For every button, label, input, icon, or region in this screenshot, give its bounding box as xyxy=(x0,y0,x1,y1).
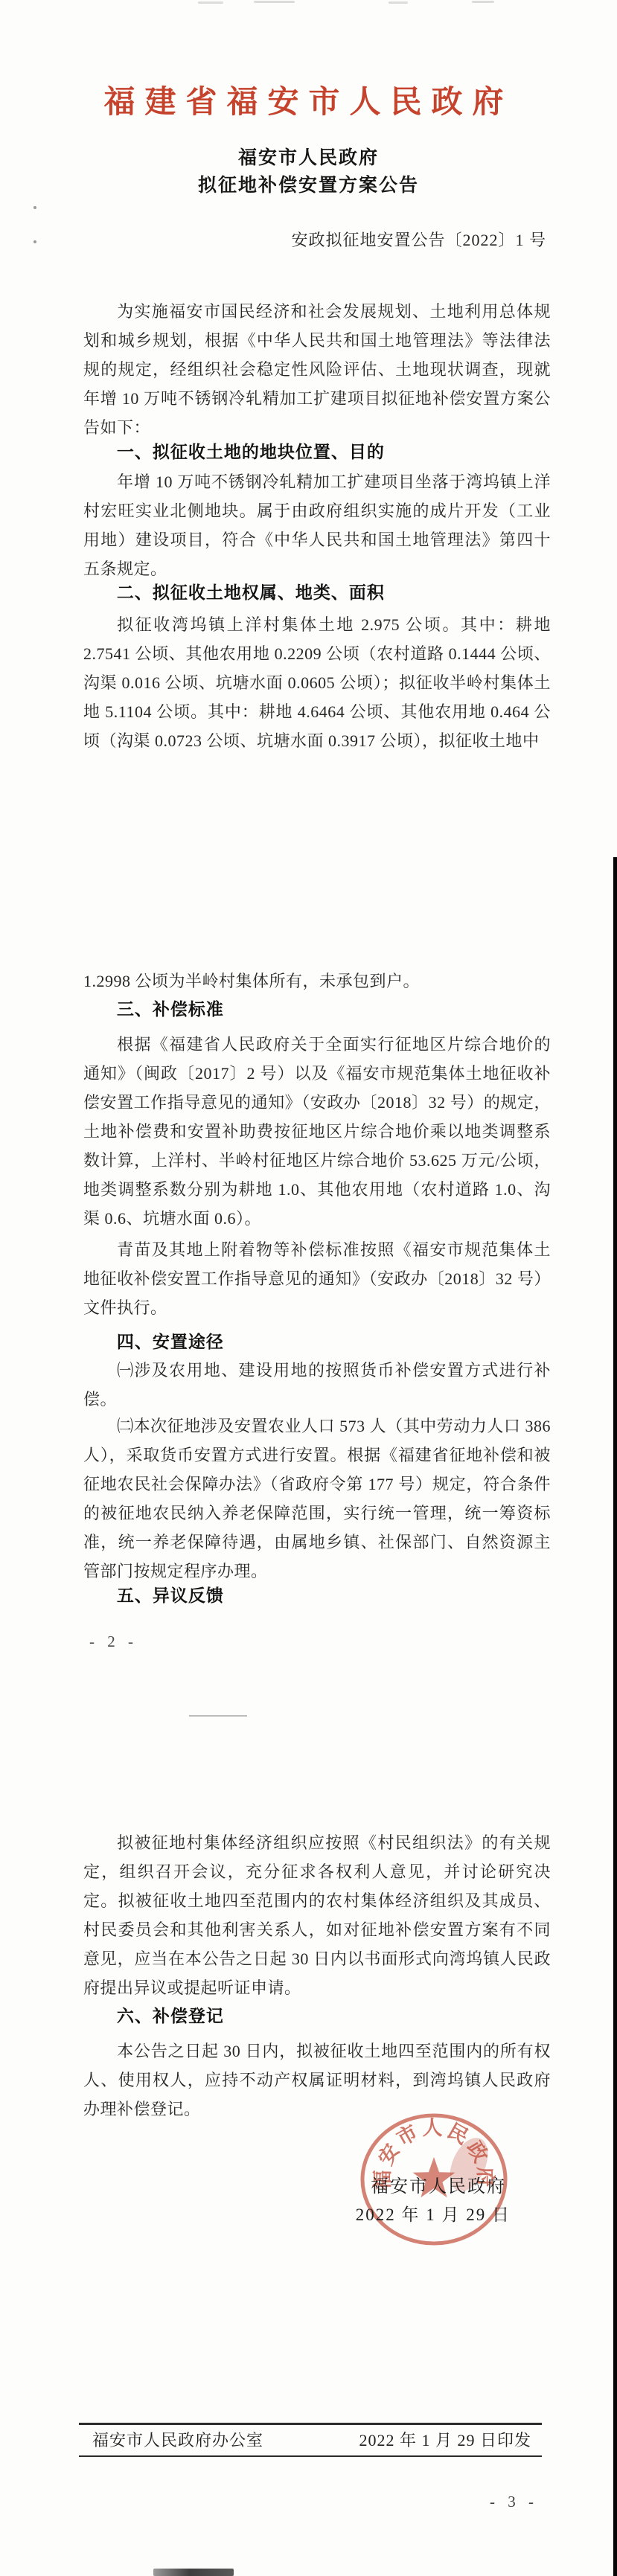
section6-heading: 六、补偿登记 xyxy=(83,2003,551,2028)
scan-artifact xyxy=(33,206,36,209)
scan-artifact xyxy=(153,2569,234,2576)
footer-office: 福安市人民政府办公室 xyxy=(79,2428,263,2451)
scan-edge-strip xyxy=(613,857,617,2576)
section4-paragraph2: ㈡本次征地涉及安置农业人口 573 人（其中劳动力人口 386 人），采取货币安… xyxy=(83,1412,551,1586)
section1-heading: 一、拟征收土地的地块位置、目的 xyxy=(83,439,551,464)
scan-artifact xyxy=(472,1,494,3)
scan-artifact xyxy=(254,1,295,3)
section2-paragraph-part2: 1.2998 公顷为半岭村集体所有，未承包到户。 xyxy=(83,967,551,996)
page-number-3: - 3 - xyxy=(490,2493,538,2511)
doc-number: 安政拟征地安置公告〔2022〕1 号 xyxy=(291,228,546,251)
section5-heading: 五、异议反馈 xyxy=(83,1583,551,1608)
footer-rule-bottom xyxy=(79,2455,542,2457)
doc-title-line1: 福安市人民政府 xyxy=(0,143,617,170)
scan-artifact xyxy=(389,1,408,4)
letterhead-title: 福建省福安市人民政府 xyxy=(0,77,617,122)
scan-artifact xyxy=(198,1,223,4)
scan-artifact xyxy=(33,240,36,243)
footer: 福安市人民政府办公室 2022 年 1 月 29 日印发 xyxy=(79,2428,542,2451)
footer-rule-top xyxy=(79,2423,542,2425)
section3-paragraph1: 根据《福建省人民政府关于全面实行征地区片综合地价的通知》（闽政〔2017〕2 号… xyxy=(83,1030,551,1233)
section4-heading: 四、安置途径 xyxy=(83,1329,551,1354)
section3-heading: 三、补偿标准 xyxy=(83,996,551,1022)
section2-heading: 二、拟征收土地权属、地类、面积 xyxy=(83,580,551,605)
section4-paragraph1: ㈠涉及农用地、建设用地的按照货币补偿安置方式进行补偿。 xyxy=(83,1356,551,1414)
document-page: 福建省福安市人民政府 福安市人民政府 拟征地补偿安置方案公告 安政拟征地安置公告… xyxy=(0,0,617,2576)
scan-artifact xyxy=(189,1715,247,1717)
section5-paragraph1: 拟被征地村集体经济组织应按照《村民组织法》的有关规定，组织召开会议，充分征求各权… xyxy=(83,1828,551,2002)
doc-title-line2: 拟征地补偿安置方案公告 xyxy=(0,170,617,197)
signature-date: 2022 年 1 月 29 日 xyxy=(356,2201,511,2226)
intro-paragraph: 为实施福安市国民经济和社会发展规划、土地利用总体规划和城乡规划，根据《中华人民共… xyxy=(83,297,551,442)
page-number-2: - 2 - xyxy=(89,1633,138,1651)
footer-print-date: 2022 年 1 月 29 日印发 xyxy=(359,2428,542,2451)
section3-paragraph2: 青苗及其地上附着物等补偿标准按照《福安市规范集体土地征收补偿安置工作指导意见的通… xyxy=(83,1235,551,1322)
section2-paragraph-part1: 拟征收湾坞镇上洋村集体土地 2.975 公顷。其中：耕地 2.7541 公顷、其… xyxy=(83,610,551,755)
section1-paragraph: 年增 10 万吨不锈钢冷轧精加工扩建项目坐落于湾坞镇上洋村宏旺实业北侧地块。属于… xyxy=(83,467,551,583)
signature-issuer: 福安市人民政府 xyxy=(371,2171,506,2197)
